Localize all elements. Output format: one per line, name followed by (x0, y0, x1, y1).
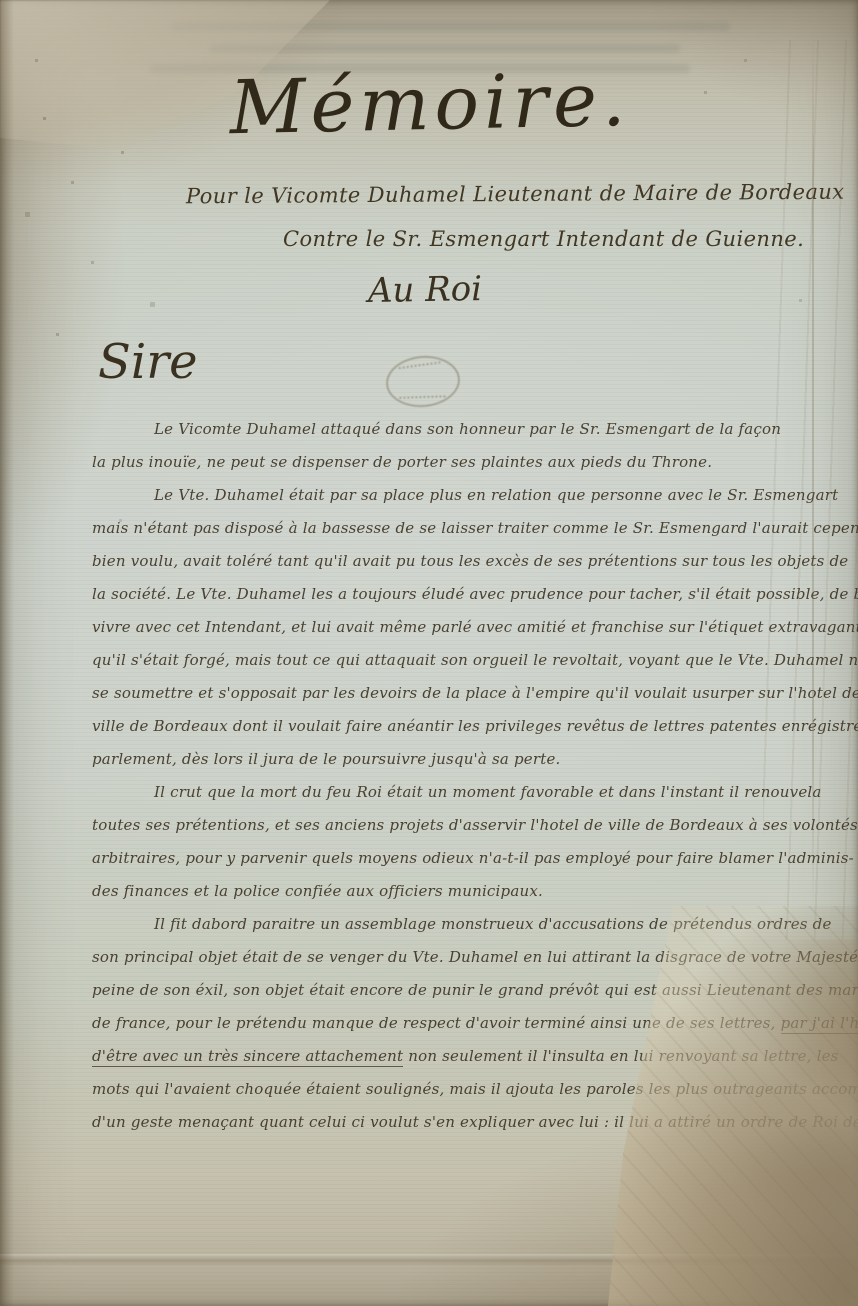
manuscript-line: d'un geste menaçant quant celui ci voulu… (92, 1106, 842, 1139)
manuscript-page: Mémoire. Pour le Vicomte Duhamel Lieuten… (0, 0, 858, 1306)
manuscript-line: peine de son éxil, son objet était encor… (92, 974, 842, 1007)
manuscript-body: Le Vicomte Duhamel attaqué dans son honn… (92, 413, 842, 1139)
manuscript-line: se soumettre et s'opposait par les devoi… (92, 677, 842, 710)
manuscript-line: la société. Le Vte. Duhamel les a toujou… (92, 578, 842, 611)
manuscript-line: Le Vte. Duhamel était par sa place plus … (92, 479, 842, 512)
foxing-specks (0, 0, 1, 1)
oval-collection-stamp (384, 353, 462, 410)
manuscript-line: arbitraires, pour y parvenir quels moyen… (92, 842, 842, 875)
manuscript-line: mais n'étant pas disposé à la bassesse d… (92, 512, 842, 545)
address-to-king: Au Roi (330, 268, 521, 311)
horizontal-fold-crease (0, 1254, 858, 1266)
manuscript-line: Le Vicomte Duhamel attaqué dans son honn… (92, 413, 842, 446)
manuscript-line: de france, pour le prétendu manque de re… (92, 1007, 842, 1040)
document-title: Mémoire. (149, 46, 711, 162)
manuscript-line: toutes ses prétentions, et ses anciens p… (92, 809, 842, 842)
manuscript-line: parlement, dès lors il jura de le poursu… (92, 743, 842, 776)
manuscript-line: d'être avec un très sincere attachement … (92, 1040, 842, 1073)
manuscript-line: mots qui l'avaient choquée étaient souli… (92, 1073, 842, 1106)
ink-bleedthrough (170, 22, 730, 31)
manuscript-line: Il fit dabord paraitre un assemblage mon… (92, 908, 842, 941)
manuscript-line: la plus inouïe, ne peut se dispenser de … (92, 446, 842, 479)
left-paper-edge (0, 0, 14, 1306)
manuscript-line: ville de Bordeaux dont il voulait faire … (92, 710, 842, 743)
manuscript-line: Il crut que la mort du feu Roi était un … (92, 776, 842, 809)
manuscript-line: son principal objet était de se venger d… (92, 941, 842, 974)
salutation-sire: Sire (98, 334, 198, 390)
manuscript-line: des finances et la police confiée aux of… (92, 875, 842, 908)
manuscript-line: qu'il s'était forgé, mais tout ce qui at… (92, 644, 842, 677)
header-line-against: Contre le Sr. Esmengart Intendant de Gui… (283, 227, 804, 251)
header-line-for: Pour le Vicomte Duhamel Lieutenant de Ma… (186, 180, 845, 209)
manuscript-line: bien voulu, avait toléré tant qu'il avai… (92, 545, 842, 578)
manuscript-line: vivre avec cet Intendant, et lui avait m… (92, 611, 842, 644)
